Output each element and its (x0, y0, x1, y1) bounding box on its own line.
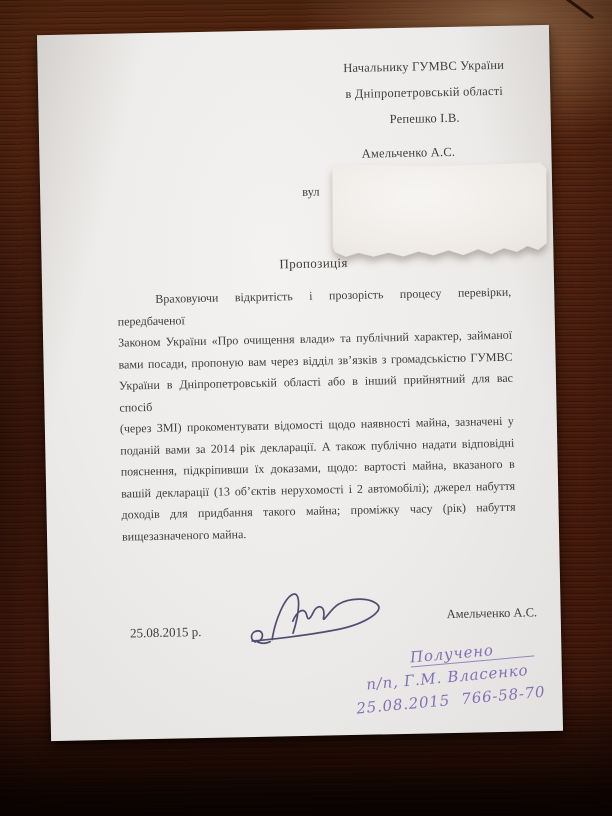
street-label: вул (302, 185, 320, 200)
torn-paper-slip (332, 163, 547, 260)
signer-name: Амельченко А.С. (447, 605, 538, 622)
recipient-line: Начальнику ГУМВС України (323, 51, 523, 81)
recipient-block: Начальнику ГУМВС України в Дніпропетровс… (323, 51, 525, 133)
document-title: Пропозиція (116, 252, 510, 276)
recipient-line: в Дніпропетровській області (324, 77, 524, 107)
recipient-line: Репешко І.В. (324, 103, 524, 133)
torn-paper-slip-face (332, 163, 547, 260)
document-sheet: Начальнику ГУМВС України в Дніпропетровс… (37, 25, 563, 741)
photo-background: Начальнику ГУМВС України в Дніпропетровс… (0, 0, 612, 816)
document-body: Враховуючи відкритість і прозорість проц… (117, 282, 516, 548)
wood-scratch (552, 0, 594, 19)
date-line: 25.08.2015 р. (130, 624, 202, 641)
